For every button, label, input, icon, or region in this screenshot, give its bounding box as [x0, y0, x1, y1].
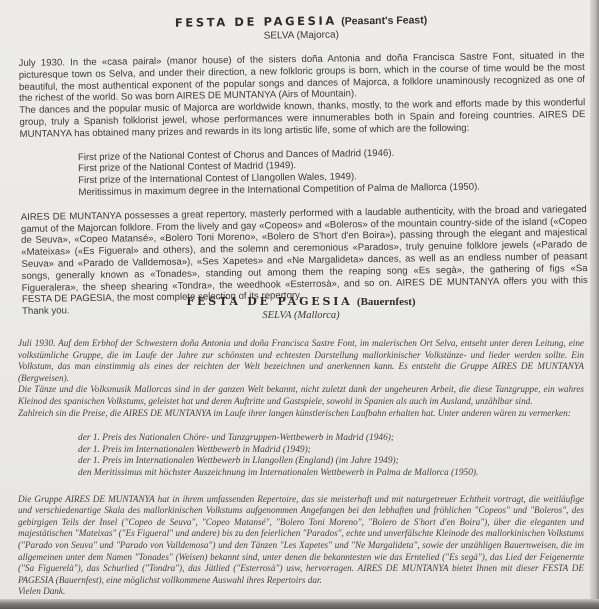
english-paragraph-fame: The dances and the popular music of Majo… [19, 97, 585, 140]
prize-item: der 1. Preis des Nationalen Chöre- und T… [78, 433, 584, 445]
english-title: FESTA DE PAGESIA [175, 14, 337, 30]
german-paragraph-prizes-intro: Zahlreich sin die Preise, die AIRES DE M… [18, 408, 584, 420]
german-subtitle: SELVA (Mallorca) [18, 310, 584, 322]
german-heading: FESTA DE PAGESIA (Bauernfest) [18, 294, 584, 309]
prize-item: der 1. Preis im Internationalen Wettbewe… [78, 445, 584, 457]
prize-item: den Meritissimus mit höchster Auszeichnu… [78, 468, 584, 480]
german-title-translation: (Bauernfest) [357, 296, 416, 308]
german-prize-list: der 1. Preis des Nationalen Chöre- und T… [78, 433, 584, 479]
german-section: FESTA DE PAGESIA (Bauernfest) SELVA (Mal… [18, 294, 584, 598]
page-right-edge [590, 0, 599, 609]
english-title-translation: (Peasant's Feast) [341, 14, 427, 27]
page-bottom-edge [0, 599, 599, 609]
german-paragraph-repertory: Die Gruppe AIRES DE MUNTANYA hat in ihre… [18, 494, 584, 587]
english-prize-list: First prize of the National Contest of C… [78, 145, 587, 199]
liner-notes-page: FESTA DE PAGESIA (Peasant's Feast) SELVA… [0, 0, 590, 600]
german-closing: Vielen Dank. [18, 586, 584, 598]
german-paragraph-fame: Die Tänze und die Volksmusik Mallorcas s… [18, 384, 584, 407]
prize-item: der 1. Preis im Internationalen Wettbewe… [78, 456, 584, 468]
german-paragraph-history: Juli 1930. Auf dem Erbhof der Schwestern… [18, 338, 584, 384]
german-title: FESTA DE PAGESIA [186, 295, 352, 308]
english-paragraph-repertory: AIRES DE MUNTANYA possesses a great repe… [21, 204, 588, 306]
english-section: FESTA DE PAGESIA (Peasant's Feast) SELVA… [18, 10, 588, 318]
english-paragraph-history: July 1930. In the «casa pairal» (manor h… [19, 50, 586, 105]
